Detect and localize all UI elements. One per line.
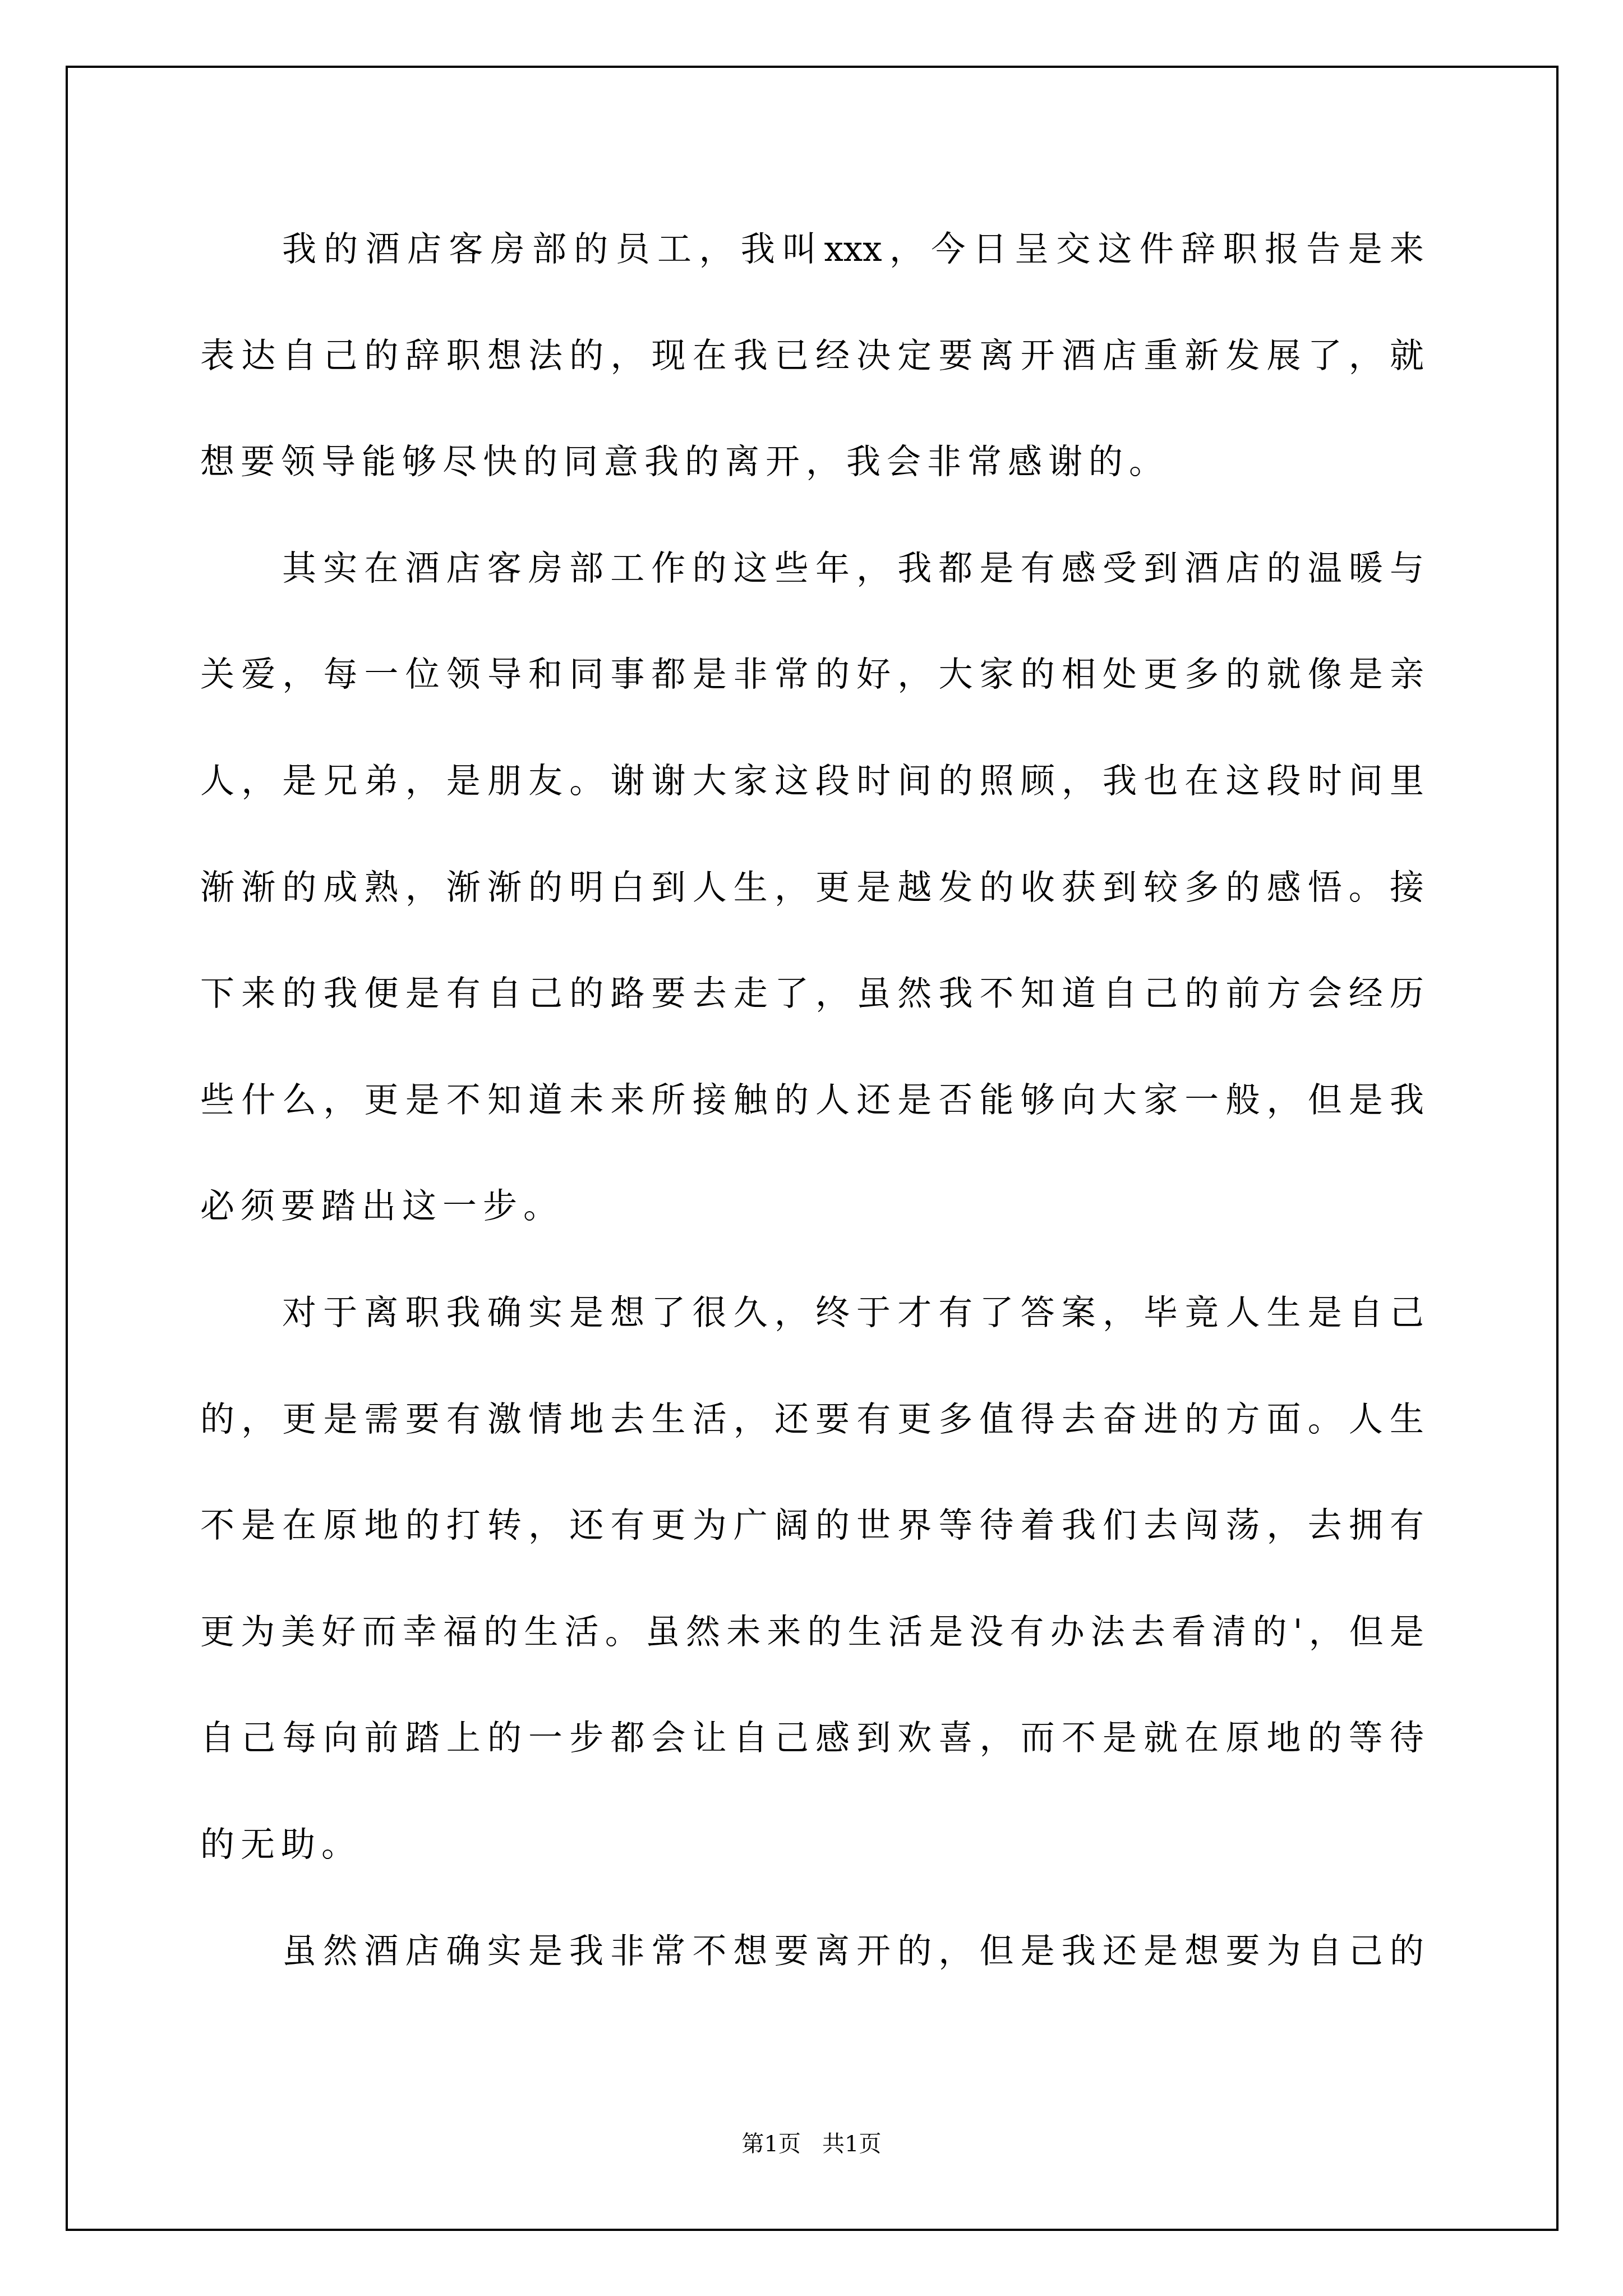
text-line: 表达自己的辞职想法的，现在我已经决定要离开酒店重新发展了，就: [200, 303, 1424, 409]
text-line: 的，更是需要有激情地去生活，还要有更多值得去奋进的方面。人生: [200, 1366, 1424, 1473]
text-line: 下来的我便是有自己的路要去走了，虽然我不知道自己的前方会经历: [200, 941, 1424, 1047]
page-footer: 第1页 共1页: [0, 2129, 1623, 2159]
text-line: 渐渐的成熟，渐渐的明白到人生，更是越发的收获到较多的感悟。接: [200, 835, 1424, 941]
text-line: 更为美好而幸福的生活。虽然未来的生活是没有办法去看清的'，但是: [200, 1579, 1424, 1686]
text-line: 不是在原地的打转，还有更为广阔的世界等待着我们去闯荡，去拥有: [200, 1473, 1424, 1579]
text-line: 的无助。: [200, 1792, 1424, 1898]
text-line: 自己每向前踏上的一步都会让自己感到欢喜，而不是就在原地的等待: [200, 1685, 1424, 1792]
text-line: 人，是兄弟，是朋友。谢谢大家这段时间的照顾，我也在这段时间里: [200, 728, 1424, 835]
text-line: 虽然酒店确实是我非常不想要离开的，但是我还是想要为自己的: [200, 1898, 1424, 2005]
text-line: 其实在酒店客房部工作的这些年，我都是有感受到酒店的温暖与: [200, 516, 1424, 622]
text-line: 必须要踏出这一步。: [200, 1153, 1424, 1260]
text-line: 对于离职我确实是想了很久，终于才有了答案，毕竟人生是自己: [200, 1260, 1424, 1366]
document-body: 我的酒店客房部的员工，我叫xxx，今日呈交这件辞职报告是来 表达自己的辞职想法的…: [200, 196, 1424, 2004]
text-line: 些什么，更是不知道未来所接触的人还是否能够向大家一般，但是我: [200, 1047, 1424, 1154]
text-line: 我的酒店客房部的员工，我叫xxx，今日呈交这件辞职报告是来: [200, 196, 1424, 303]
text-line: 想要领导能够尽快的同意我的离开，我会非常感谢的。: [200, 409, 1424, 516]
text-line: 关爱，每一位领导和同事都是非常的好，大家的相处更多的就像是亲: [200, 622, 1424, 728]
